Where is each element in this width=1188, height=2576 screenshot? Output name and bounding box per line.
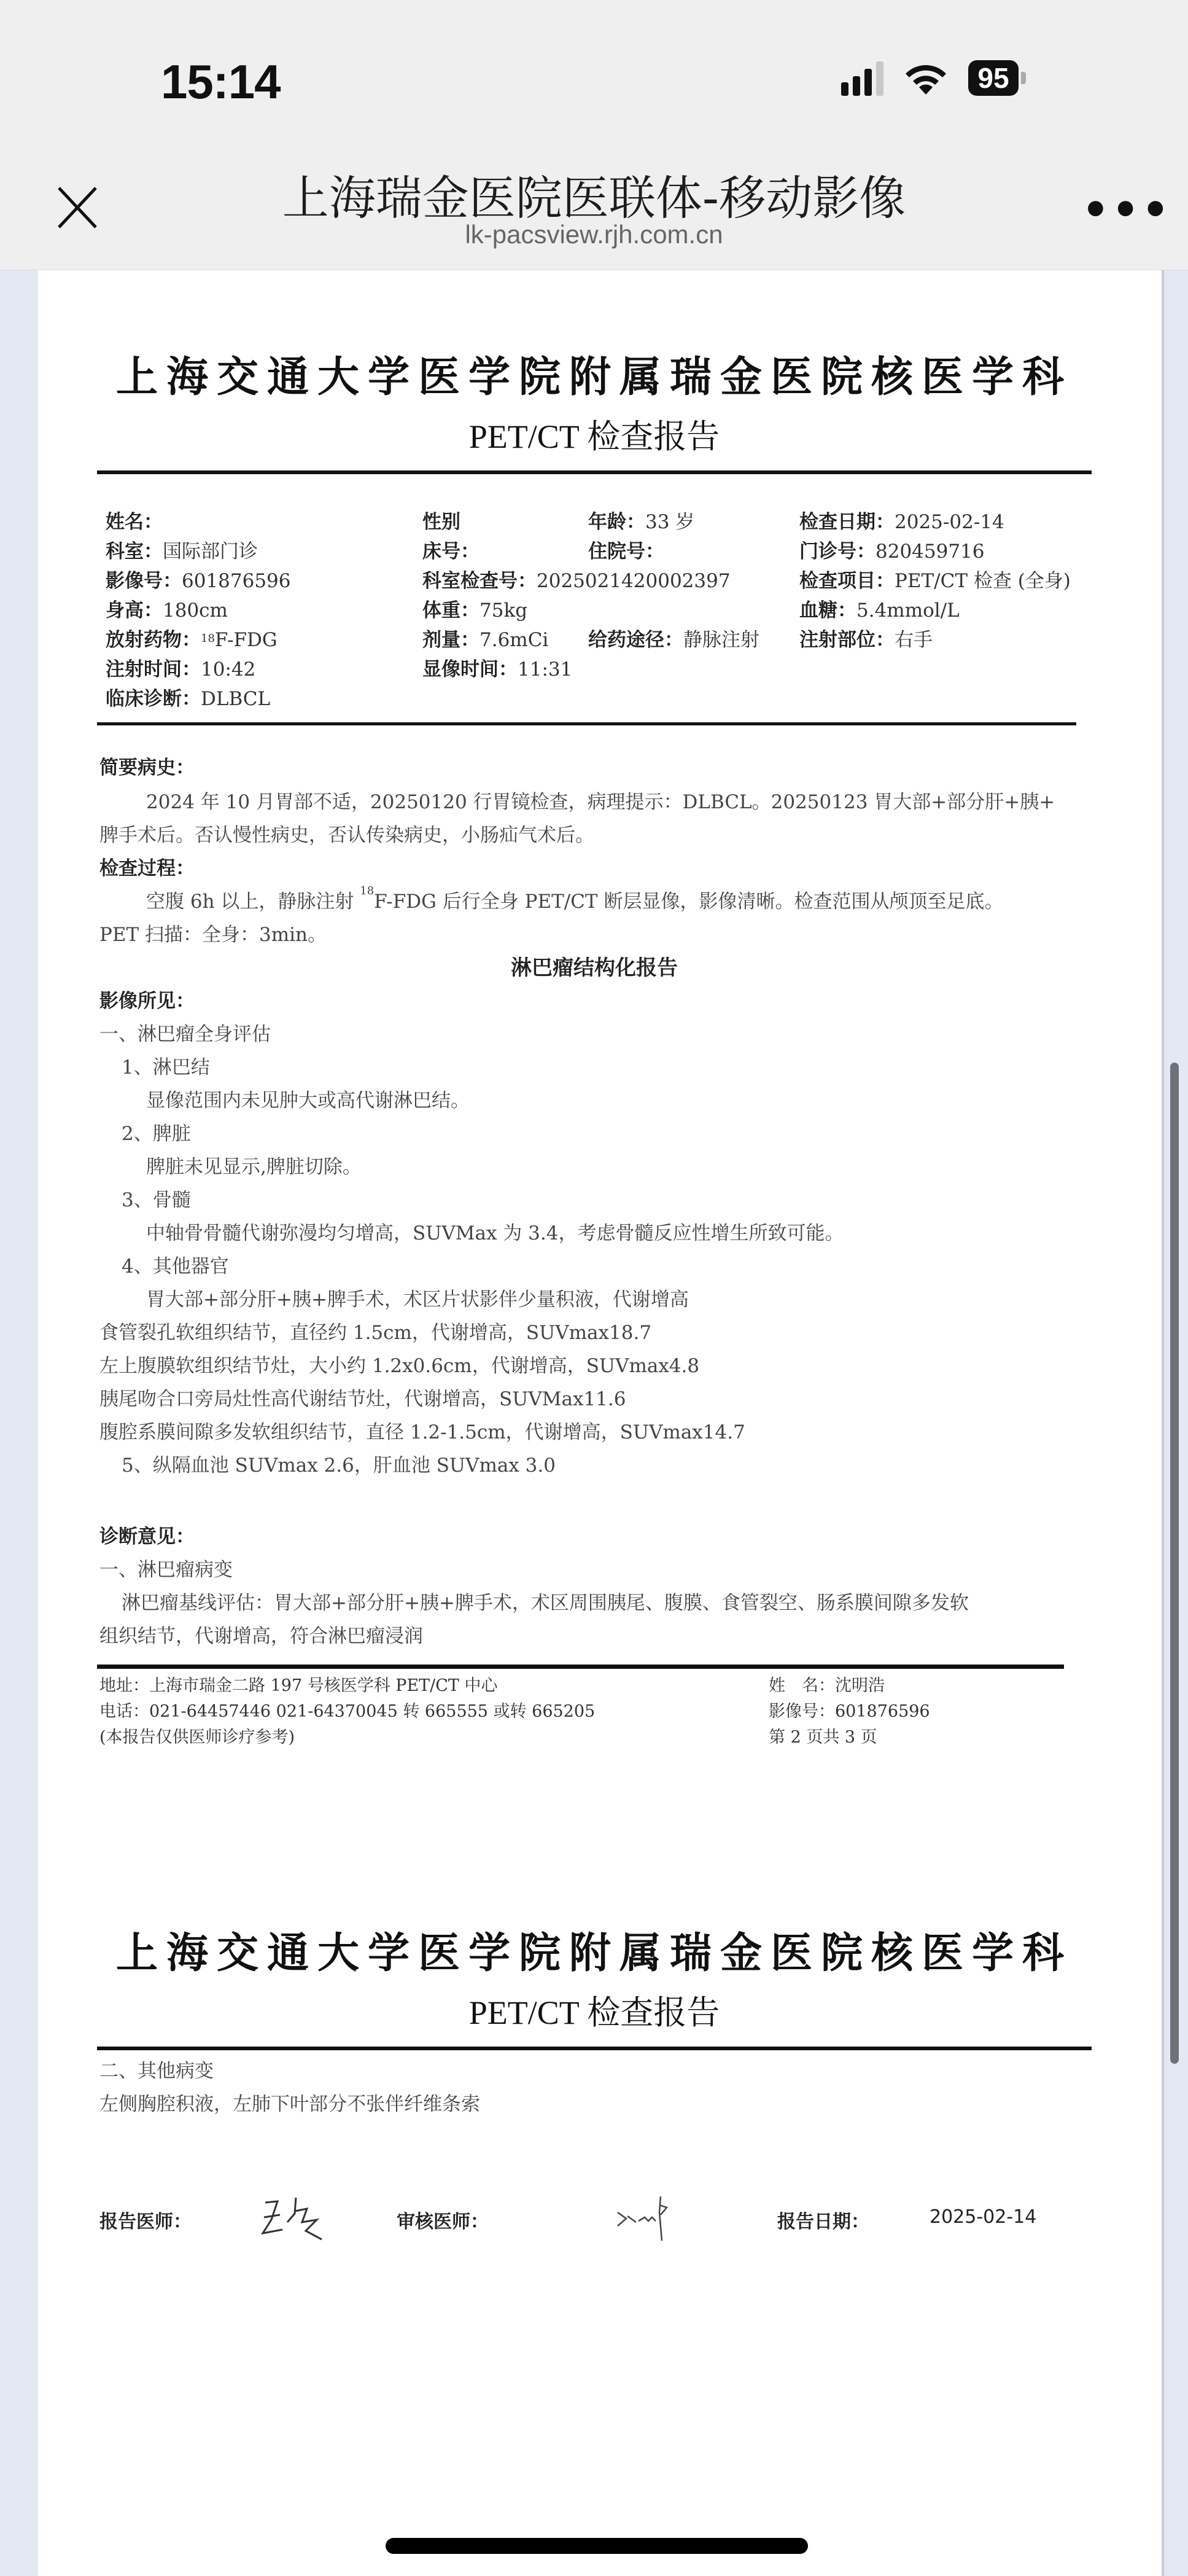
footer-name: 姓 名：沈明浩 — [769, 1673, 930, 1699]
findings-item-3-text: 中轴骨骨髓代谢弥漫均匀增高，SUVMax 为 3.4，考虑骨髓反应性增生所致可能… — [146, 1217, 844, 1245]
top-bar: 15:14 95 上海瑞金医院医联体-移动影像 lk-pacsview.rjh.… — [0, 0, 1188, 270]
page-url: lk-pacsview.rjh.com.cn — [0, 220, 1188, 249]
history-label: 简要病史： — [99, 752, 195, 779]
patient-info-col4: 检查日期：2025-02-14 门诊号：820459716 检查项目：PET/C… — [799, 507, 1071, 655]
diagnosis-line-2: 组织结节，代谢增高，符合淋巴瘤浸润 — [99, 1620, 423, 1648]
report-doctor-signature — [258, 2195, 325, 2241]
header-rule-page3 — [97, 2047, 1092, 2050]
status-icons: 95 — [841, 60, 1026, 96]
report-date-label: 报告日期： — [777, 2206, 869, 2233]
home-indicator[interactable] — [386, 2538, 808, 2554]
findings-item-4-line: 食管裂孔软组织结节，直径约 1.5cm，代谢增高，SUVmax18.7 — [99, 1317, 651, 1345]
procedure-label: 检查过程： — [99, 853, 195, 880]
review-doctor-label: 审核医师： — [397, 2206, 489, 2233]
patient-info-col3: 年龄：33 岁 住院号： 给药途径：静脉注射 — [588, 507, 759, 655]
footer-page-number: 第 2 页共 3 页 — [769, 1725, 930, 1751]
structured-report-title: 淋巴瘤结构化报告 — [97, 951, 1092, 981]
clinical-diagnosis: DLBCL — [201, 688, 270, 710]
injection-site: 右手 — [895, 629, 933, 651]
more-icon[interactable]: ••• — [1082, 198, 1171, 222]
diagnosis-line-1: 淋巴瘤基线评估：胃大部+部分肝+胰+脾手术，术区周围胰尾、腹膜、食管裂空、肠系膜… — [122, 1587, 969, 1615]
findings-item-4: 4、其他器官 — [122, 1251, 229, 1278]
status-time: 15:14 — [161, 54, 281, 110]
injection-time: 10:42 — [201, 658, 255, 681]
footer-left: 地址：上海市瑞金二路 197 号核医学科 PET/CT 中心 电话：021-64… — [99, 1673, 595, 1751]
findings-item-2-text: 脾脏未见显示,脾脏切除。 — [146, 1151, 362, 1179]
diagnosis-label: 诊断意见： — [99, 1521, 195, 1548]
findings-item-2: 2、脾脏 — [122, 1118, 191, 1146]
findings-item-4-line: 胃大部+部分肝+胰+脾手术，术区片状影伴少量积液，代谢增高 — [146, 1284, 689, 1311]
findings-section-1: 一、淋巴瘤全身评估 — [99, 1018, 271, 1046]
image-number: 601876596 — [182, 570, 291, 592]
findings-item-3: 3、骨髓 — [122, 1184, 191, 1212]
findings-item-1-text: 显像范围内未见肿大或高代谢淋巴结。 — [146, 1085, 470, 1112]
patient-info-col1: 姓名： 科室：国际部门诊 影像号：601876596 身高：180cm 放射药物… — [106, 507, 291, 714]
diagnosis-section-1: 一、淋巴瘤病变 — [99, 1554, 233, 1582]
battery-level: 95 — [968, 60, 1019, 96]
exam-date: 2025-02-14 — [895, 511, 1004, 533]
wifi-icon — [902, 60, 950, 96]
findings-item-5: 5、纵隔血池 SUVmax 2.6，肝血池 SUVmax 3.0 — [122, 1450, 556, 1477]
footer-phone: 电话：021-64457446 021-64370045 转 665555 或转… — [99, 1699, 595, 1725]
patient-age: 33 岁 — [645, 511, 694, 533]
history-line-1: 2024 年 10 月胃部不适，20250120 行胃镜检查，病理提示：DLBC… — [146, 786, 1055, 814]
history-line-2: 脾手术后。否认慢性病史，否认传染病史，小肠疝气术后。 — [99, 819, 594, 847]
outpatient-number: 820459716 — [875, 541, 985, 563]
procedure-line-2: PET 扫描：全身：3min。 — [99, 919, 327, 946]
footer-address: 地址：上海市瑞金二路 197 号核医学科 PET/CT 中心 — [99, 1673, 595, 1699]
report-doctor-label: 报告医师： — [99, 2206, 192, 2233]
header-rule — [97, 470, 1092, 474]
battery-icon: 95 — [968, 60, 1026, 96]
footer-rule — [97, 1665, 1064, 1669]
footer-note: (本报告仅供医师诊疗参考) — [99, 1725, 595, 1751]
tracer: F-FDG — [215, 629, 278, 651]
procedure-line-1: 空腹 6h 以上，静脉注射 18F-FDG 后行全身 PET/CT 断层显像，影… — [146, 886, 1003, 913]
findings-item-4-line: 胰尾吻合口旁局灶性高代谢结节灶，代谢增高，SUVMax11.6 — [99, 1383, 626, 1411]
report-title-page3: PET/CT 检查报告 — [97, 1986, 1092, 2034]
footer-image-number: 影像号：601876596 — [769, 1699, 930, 1725]
info-rule — [97, 722, 1076, 725]
cellular-signal-icon — [841, 60, 883, 96]
other-lesions-text: 左侧胸腔积液，左肺下叶部分不张伴纤维条索 — [99, 2088, 480, 2116]
report-title: PET/CT 检查报告 — [97, 410, 1092, 458]
hospital-title-page3: 上海交通大学医学院附属瑞金医院核医学科 — [97, 1920, 1092, 1980]
review-doctor-signature — [614, 2194, 681, 2243]
weight: 75kg — [479, 599, 527, 622]
exam-item: PET/CT 检查 (全身) — [895, 570, 1071, 592]
findings-label: 影像所见： — [99, 985, 195, 1013]
findings-item-4-line: 腹腔系膜间隙多发软组织结节，直径 1.2-1.5cm，代谢增高，SUVmax14… — [99, 1416, 745, 1444]
findings-item-1: 1、淋巴结 — [122, 1052, 210, 1079]
hospital-title: 上海交通大学医学院附属瑞金医院核医学科 — [97, 344, 1092, 404]
scrollbar[interactable] — [1170, 1063, 1179, 2064]
department: 国际部门诊 — [163, 541, 258, 563]
dose: 7.6mCi — [479, 629, 548, 651]
imaging-time: 11:31 — [518, 658, 572, 681]
page-title: 上海瑞金医院医联体-移动影像 — [0, 161, 1188, 228]
report-date: 2025-02-14 — [930, 2206, 1036, 2228]
route: 静脉注射 — [683, 629, 759, 651]
blood-glucose: 5.4mmol/L — [856, 599, 960, 622]
height: 180cm — [163, 599, 228, 622]
footer-right: 姓 名：沈明浩 影像号：601876596 第 2 页共 3 页 — [769, 1673, 930, 1751]
findings-item-4-line: 左上腹膜软组织结节灶，大小约 1.2x0.6cm，代谢增高，SUVmax4.8 — [99, 1350, 699, 1378]
other-lesions-heading: 二、其他病变 — [99, 2055, 214, 2083]
